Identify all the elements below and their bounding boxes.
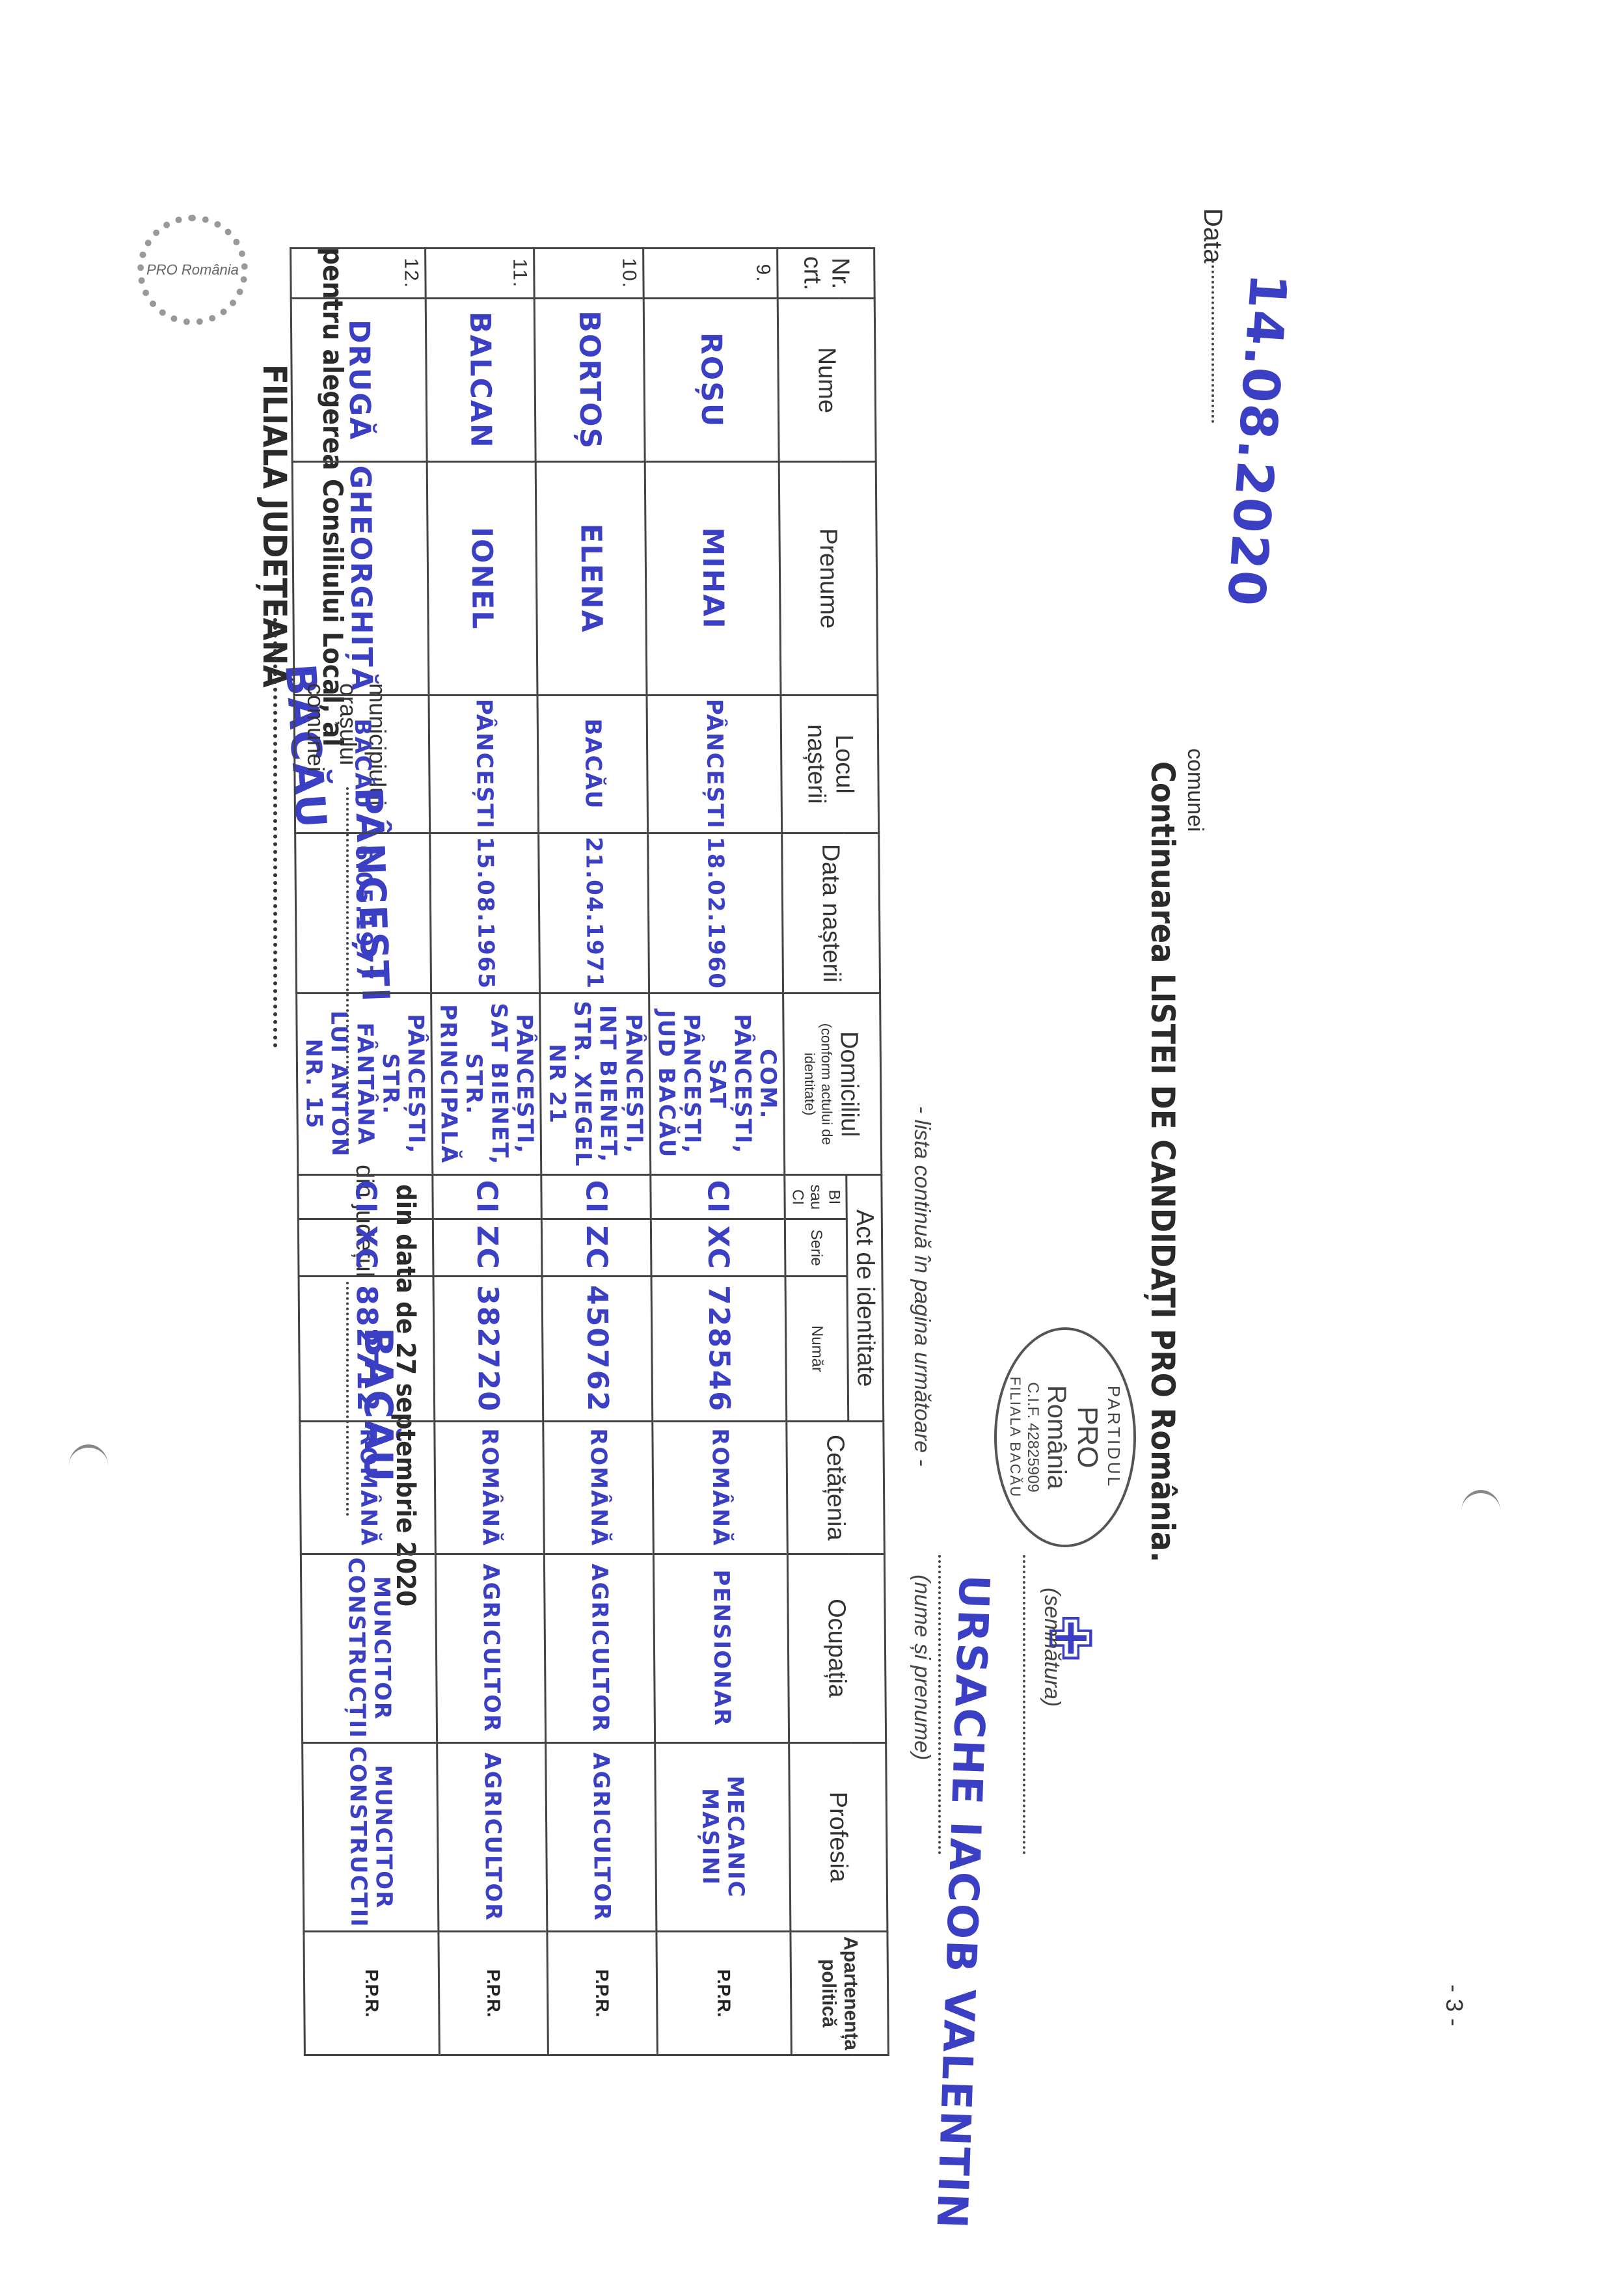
table-row: 12.DRUGĂGHEORGHIȚĂBACĂU6.05.1977PÂNCEȘTI…	[291, 249, 439, 2055]
domiciliul-label: Domiciliul	[835, 997, 864, 1171]
table-row: 11.BALCANIONELPÂNCEȘTI15.08.1965PÂNCEȘTI…	[425, 249, 548, 2055]
cell-serie: ZC	[541, 1219, 651, 1277]
signer-name-label: (nume și prenume)	[909, 1575, 934, 1760]
cell-serie: XC	[299, 1219, 433, 1277]
cell-profesia: AGRICULTOR	[546, 1742, 656, 1931]
party-stamp: PARTIDUL PRO România C.I.F. 42825909 FIL…	[994, 1327, 1136, 1547]
cell-bi-ci: CI	[298, 1175, 433, 1219]
cell-bi-ci: CI	[650, 1175, 785, 1219]
cell-nr: 10.	[534, 249, 643, 299]
cell-cetatenia: ROMÂNĂ	[435, 1421, 545, 1554]
punch-hole	[1461, 1490, 1500, 1532]
cell-ocupatia: PENSIONAR	[653, 1554, 789, 1742]
continuation-note: - lista continuă în pagina următoare -	[909, 1106, 934, 1467]
cell-domiciliul: PÂNCEȘTI, SAT BIENET, STR. PRINCIPALĂ	[431, 994, 541, 1175]
cell-nr: 11.	[425, 249, 534, 299]
cell-domiciliul: COM. PÂNCEȘTI, SAT PÂNCEȘTI, JUD BACĂU	[649, 994, 785, 1175]
cell-bi-ci: CI	[433, 1175, 542, 1219]
cell-numar: 882712	[299, 1276, 434, 1421]
party-logo: PRO România	[137, 215, 248, 325]
cell-data-nasterii: 21.04.1971	[539, 833, 649, 993]
cell-profesia: MUNCITOR CONSTRUCTII	[303, 1742, 439, 1931]
cell-data-nasterii: 18.02.1960	[647, 833, 783, 993]
cell-nume: BALCAN	[426, 299, 535, 462]
document-page: PRO România FILIALA JUDEȚEANĂ BACĂU pent…	[0, 0, 1624, 2274]
col-numar: Număr	[785, 1276, 848, 1421]
footer-comunei-label: comunei	[1182, 748, 1208, 832]
col-locul-nasterii: Locul nașterii	[781, 695, 879, 833]
cell-prenume: GHEORGHIȚĂ	[292, 462, 428, 696]
cell-domiciliul: PÂNCEȘTI, STR. FÂNTÂNA LUI ANTON NR. 15	[297, 994, 433, 1175]
cell-ocupatia: AGRICULTOR	[435, 1554, 546, 1742]
cell-nr: 9.	[643, 249, 778, 299]
cell-domiciliul: PÂNCEȘTI, INT BIENET, STR. XIEGEL NR 21	[540, 994, 651, 1175]
cell-numar: 728546	[651, 1276, 787, 1421]
cell-apartenenta: P.P.R.	[656, 1931, 791, 2055]
page-number: - 3 -	[1441, 1984, 1468, 2026]
cell-prenume: MIHAI	[645, 462, 781, 696]
signer-name-handwritten: URSACHE IACOB VALENTIN	[927, 1574, 997, 2230]
col-act-identitate: Act de identitate	[846, 1175, 884, 1422]
cell-profesia: MECANIC MAȘINI	[655, 1742, 791, 1931]
cell-prenume: IONEL	[427, 462, 537, 696]
col-nume: Nume	[778, 299, 876, 462]
cell-cetatenia: ROMÂNĂ	[300, 1421, 435, 1554]
cell-data-nasterii: 15.08.1965	[429, 833, 539, 993]
cell-ocupatia: AGRICULTOR	[545, 1554, 655, 1742]
cell-numar: 450762	[542, 1276, 652, 1421]
table-row: 10.BORTOȘELENABACĂU21.04.1971PÂNCEȘTI, I…	[534, 249, 657, 2055]
cell-serie: ZC	[433, 1219, 542, 1277]
date-label: Data	[1198, 208, 1227, 264]
col-prenume: Prenume	[779, 462, 878, 696]
cell-nr: 12.	[291, 249, 426, 299]
cell-apartenenta: P.P.R.	[547, 1931, 657, 2055]
cell-nume: ROȘU	[643, 299, 779, 462]
continuation-title: Continuarea LISTEI DE CANDIDAȚI PRO Româ…	[1144, 761, 1182, 1562]
table-row: 9.ROȘUMIHAIPÂNCEȘTI18.02.1960COM. PÂNCEȘ…	[643, 249, 791, 2055]
cell-nume: DRUGĂ	[291, 299, 427, 462]
cell-locul-nasterii: BACĂU	[537, 695, 647, 833]
candidates-table: Nr. crt. Nume Prenume Locul nașterii Dat…	[290, 247, 889, 2056]
cell-bi-ci: CI	[541, 1175, 651, 1219]
cell-locul-nasterii: PÂNCEȘTI	[429, 695, 539, 833]
col-serie: Serie	[785, 1219, 847, 1277]
col-cetatenia: Cetățenia	[787, 1421, 885, 1554]
col-apartenenta: Apartenența politică	[791, 1931, 888, 2055]
cell-profesia: AGRICULTOR	[437, 1742, 547, 1931]
col-ocupatia: Ocupația	[787, 1554, 886, 1742]
cell-cetatenia: ROMÂNĂ	[652, 1421, 787, 1554]
cell-nume: BORTOȘ	[534, 299, 644, 462]
cell-data-nasterii: 6.05.1977	[295, 833, 431, 993]
cell-locul-nasterii: PÂNCEȘTI	[647, 695, 782, 833]
col-nr-crt: Nr. crt.	[778, 249, 875, 299]
domiciliul-note: (conform actului de identitate)	[801, 997, 836, 1171]
signature-label: (semnătura)	[1039, 1588, 1064, 1707]
signature-line	[1023, 1555, 1038, 1854]
col-data-nasterii: Data nașterii	[782, 833, 880, 993]
col-profesia: Profesia	[789, 1742, 887, 1931]
cell-cetatenia: ROMÂNĂ	[543, 1421, 653, 1554]
cell-numar: 382720	[433, 1276, 543, 1421]
col-bi-ci: BI sau CI	[785, 1175, 847, 1219]
cell-apartenenta: P.P.R.	[304, 1931, 439, 2055]
punch-hole	[69, 1444, 108, 1487]
cell-serie: XC	[651, 1219, 785, 1277]
cell-prenume: ELENA	[535, 462, 646, 696]
cell-apartenenta: P.P.R.	[439, 1931, 548, 2055]
cell-locul-nasterii: BACĂU	[294, 695, 429, 833]
cell-ocupatia: MUNCITOR CONSTRUCȚII	[301, 1554, 437, 1742]
col-domiciliul: Domiciliul (conform actului de identitat…	[783, 994, 882, 1175]
